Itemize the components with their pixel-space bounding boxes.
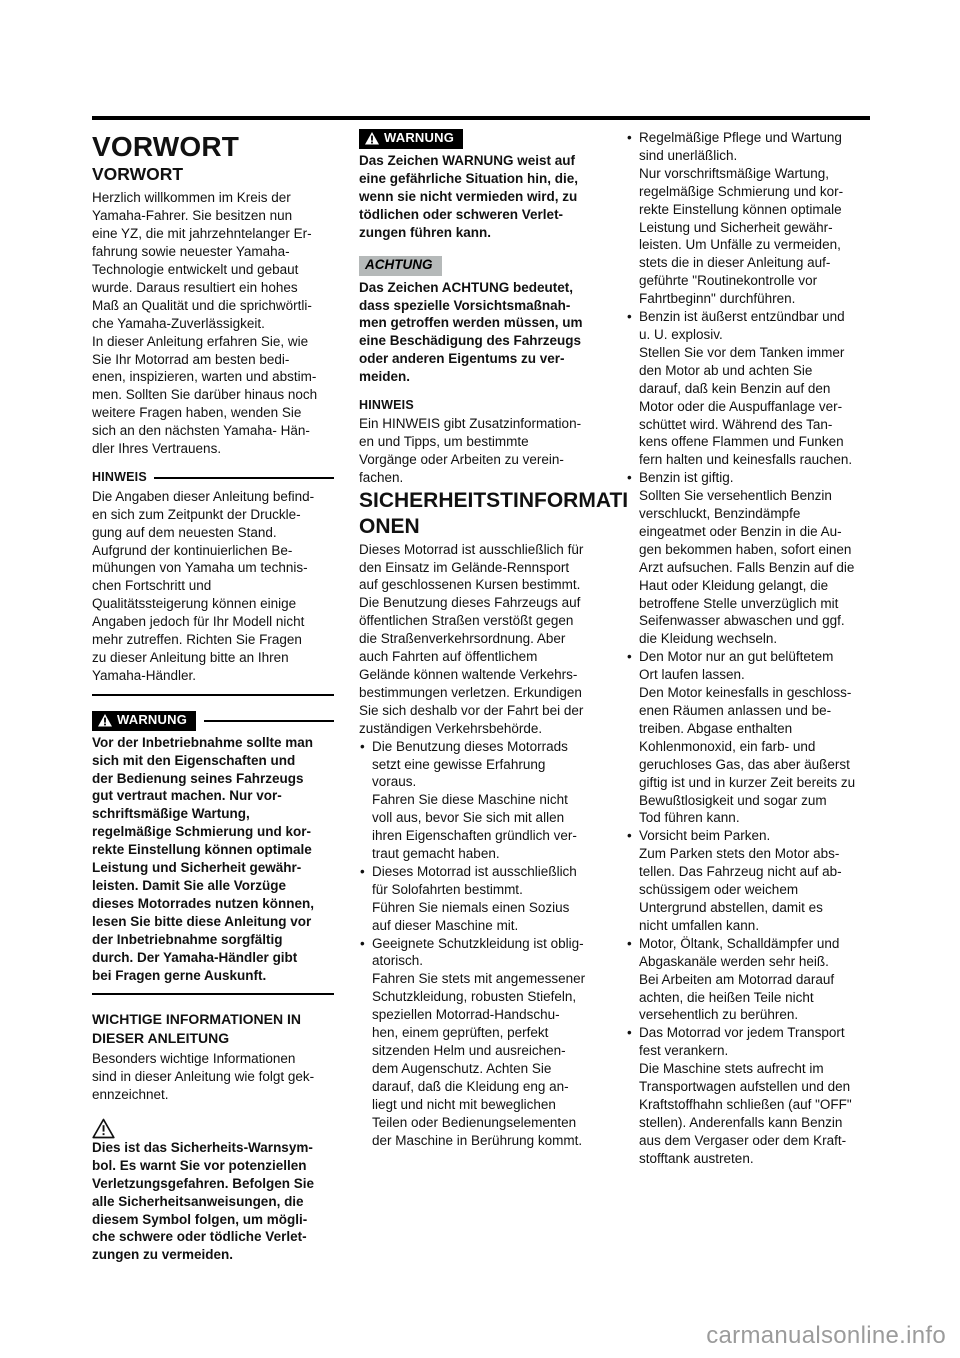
- safety-symbol-paragraph: Dies ist das Sicherheits-Warnsym- bol. E…: [92, 1139, 334, 1264]
- warning-banner: WARNUNG: [92, 711, 334, 731]
- warning-definition: Das Zeichen WARNUNG weist auf eine gefäh…: [359, 152, 601, 242]
- list-item: Vorsicht beim Parken. Zum Parken stets d…: [626, 827, 868, 934]
- warning-badge-label: WARNUNG: [117, 713, 187, 728]
- warning-badge-label: WARNUNG: [384, 131, 454, 146]
- safety-bullet-list: Die Benutzung dieses Motorrads setzt ein…: [359, 738, 601, 1150]
- caution-banner: ACHTUNG: [359, 241, 601, 278]
- list-item: Benzin ist äußerst entzündbar und u. U. …: [626, 308, 868, 469]
- section-subtitle: VORWORT: [92, 164, 334, 185]
- intro-paragraph: Herzlich willkommen im Kreis der Yamaha-…: [92, 189, 334, 458]
- warning-triangle-icon: [365, 132, 379, 145]
- safety-alert-symbol: [92, 1118, 334, 1139]
- manual-page: VORWORT VORWORT Herzlich willkommen im K…: [92, 116, 870, 1264]
- header-rule: [92, 116, 870, 120]
- note-header-rule: [154, 477, 334, 479]
- note-header: HINWEIS: [359, 397, 601, 415]
- watermark: carmanualsonline.info: [706, 1322, 946, 1350]
- note-header: HINWEIS: [92, 469, 334, 487]
- warning-triangle-icon: [98, 714, 112, 727]
- page-title: VORWORT: [92, 131, 334, 162]
- column-2: WARNUNG Das Zeichen WARNUNG weist auf ei…: [359, 129, 601, 1264]
- important-info-intro: Besonders wichtige Informationen sind in…: [92, 1050, 334, 1104]
- list-item: Den Motor nur an gut belüftetem Ort lauf…: [626, 648, 868, 827]
- safety-alert-triangle-icon: [92, 1118, 115, 1139]
- column-1: VORWORT VORWORT Herzlich willkommen im K…: [92, 129, 334, 1264]
- note-paragraph: Die Angaben dieser Anleitung befind- en …: [92, 488, 334, 696]
- list-item: Geeignete Schutzkleidung ist oblig- ator…: [359, 935, 601, 1150]
- list-item: Regelmäßige Pflege und Wartung sind uner…: [626, 129, 868, 308]
- list-item: Motor, Öltank, Schalldämpfer und Abgaska…: [626, 935, 868, 1025]
- safety-info-heading: SICHERHEITSTINFORMATI ONEN: [359, 488, 601, 540]
- list-item: Die Benutzung dieses Motorrads setzt ein…: [359, 738, 601, 863]
- important-info-heading: WICHTIGE INFORMATIONEN IN DIESER ANLEITU…: [92, 1010, 334, 1048]
- list-item: Benzin ist giftig. Sollten Sie versehent…: [626, 469, 868, 648]
- warning-paragraph: Vor der Inbetriebnahme sollte man sich m…: [92, 734, 334, 996]
- warning-banner: WARNUNG: [359, 129, 601, 149]
- caution-definition: Das Zeichen ACHTUNG bedeutet, dass spezi…: [359, 279, 601, 386]
- column-3: Regelmäßige Pflege und Wartung sind uner…: [626, 129, 868, 1264]
- list-item: Das Motorrad vor jedem Transport fest ve…: [626, 1024, 868, 1167]
- warning-header-rule: [204, 720, 334, 722]
- safety-info-intro: Dieses Motorrad ist ausschließlich für d…: [359, 541, 601, 738]
- three-column-layout: VORWORT VORWORT Herzlich willkommen im K…: [92, 129, 870, 1264]
- note-definition: Ein HINWEIS gibt Zusatzinformation- en u…: [359, 415, 601, 487]
- safety-bullet-list-continued: Regelmäßige Pflege und Wartung sind uner…: [626, 129, 868, 1168]
- caution-badge: ACHTUNG: [359, 256, 442, 275]
- note-label: HINWEIS: [92, 469, 147, 487]
- list-item: Dieses Motorrad ist ausschließlich für S…: [359, 863, 601, 935]
- note-label: HINWEIS: [359, 397, 414, 415]
- warning-badge: WARNUNG: [92, 711, 196, 731]
- warning-badge: WARNUNG: [359, 129, 463, 149]
